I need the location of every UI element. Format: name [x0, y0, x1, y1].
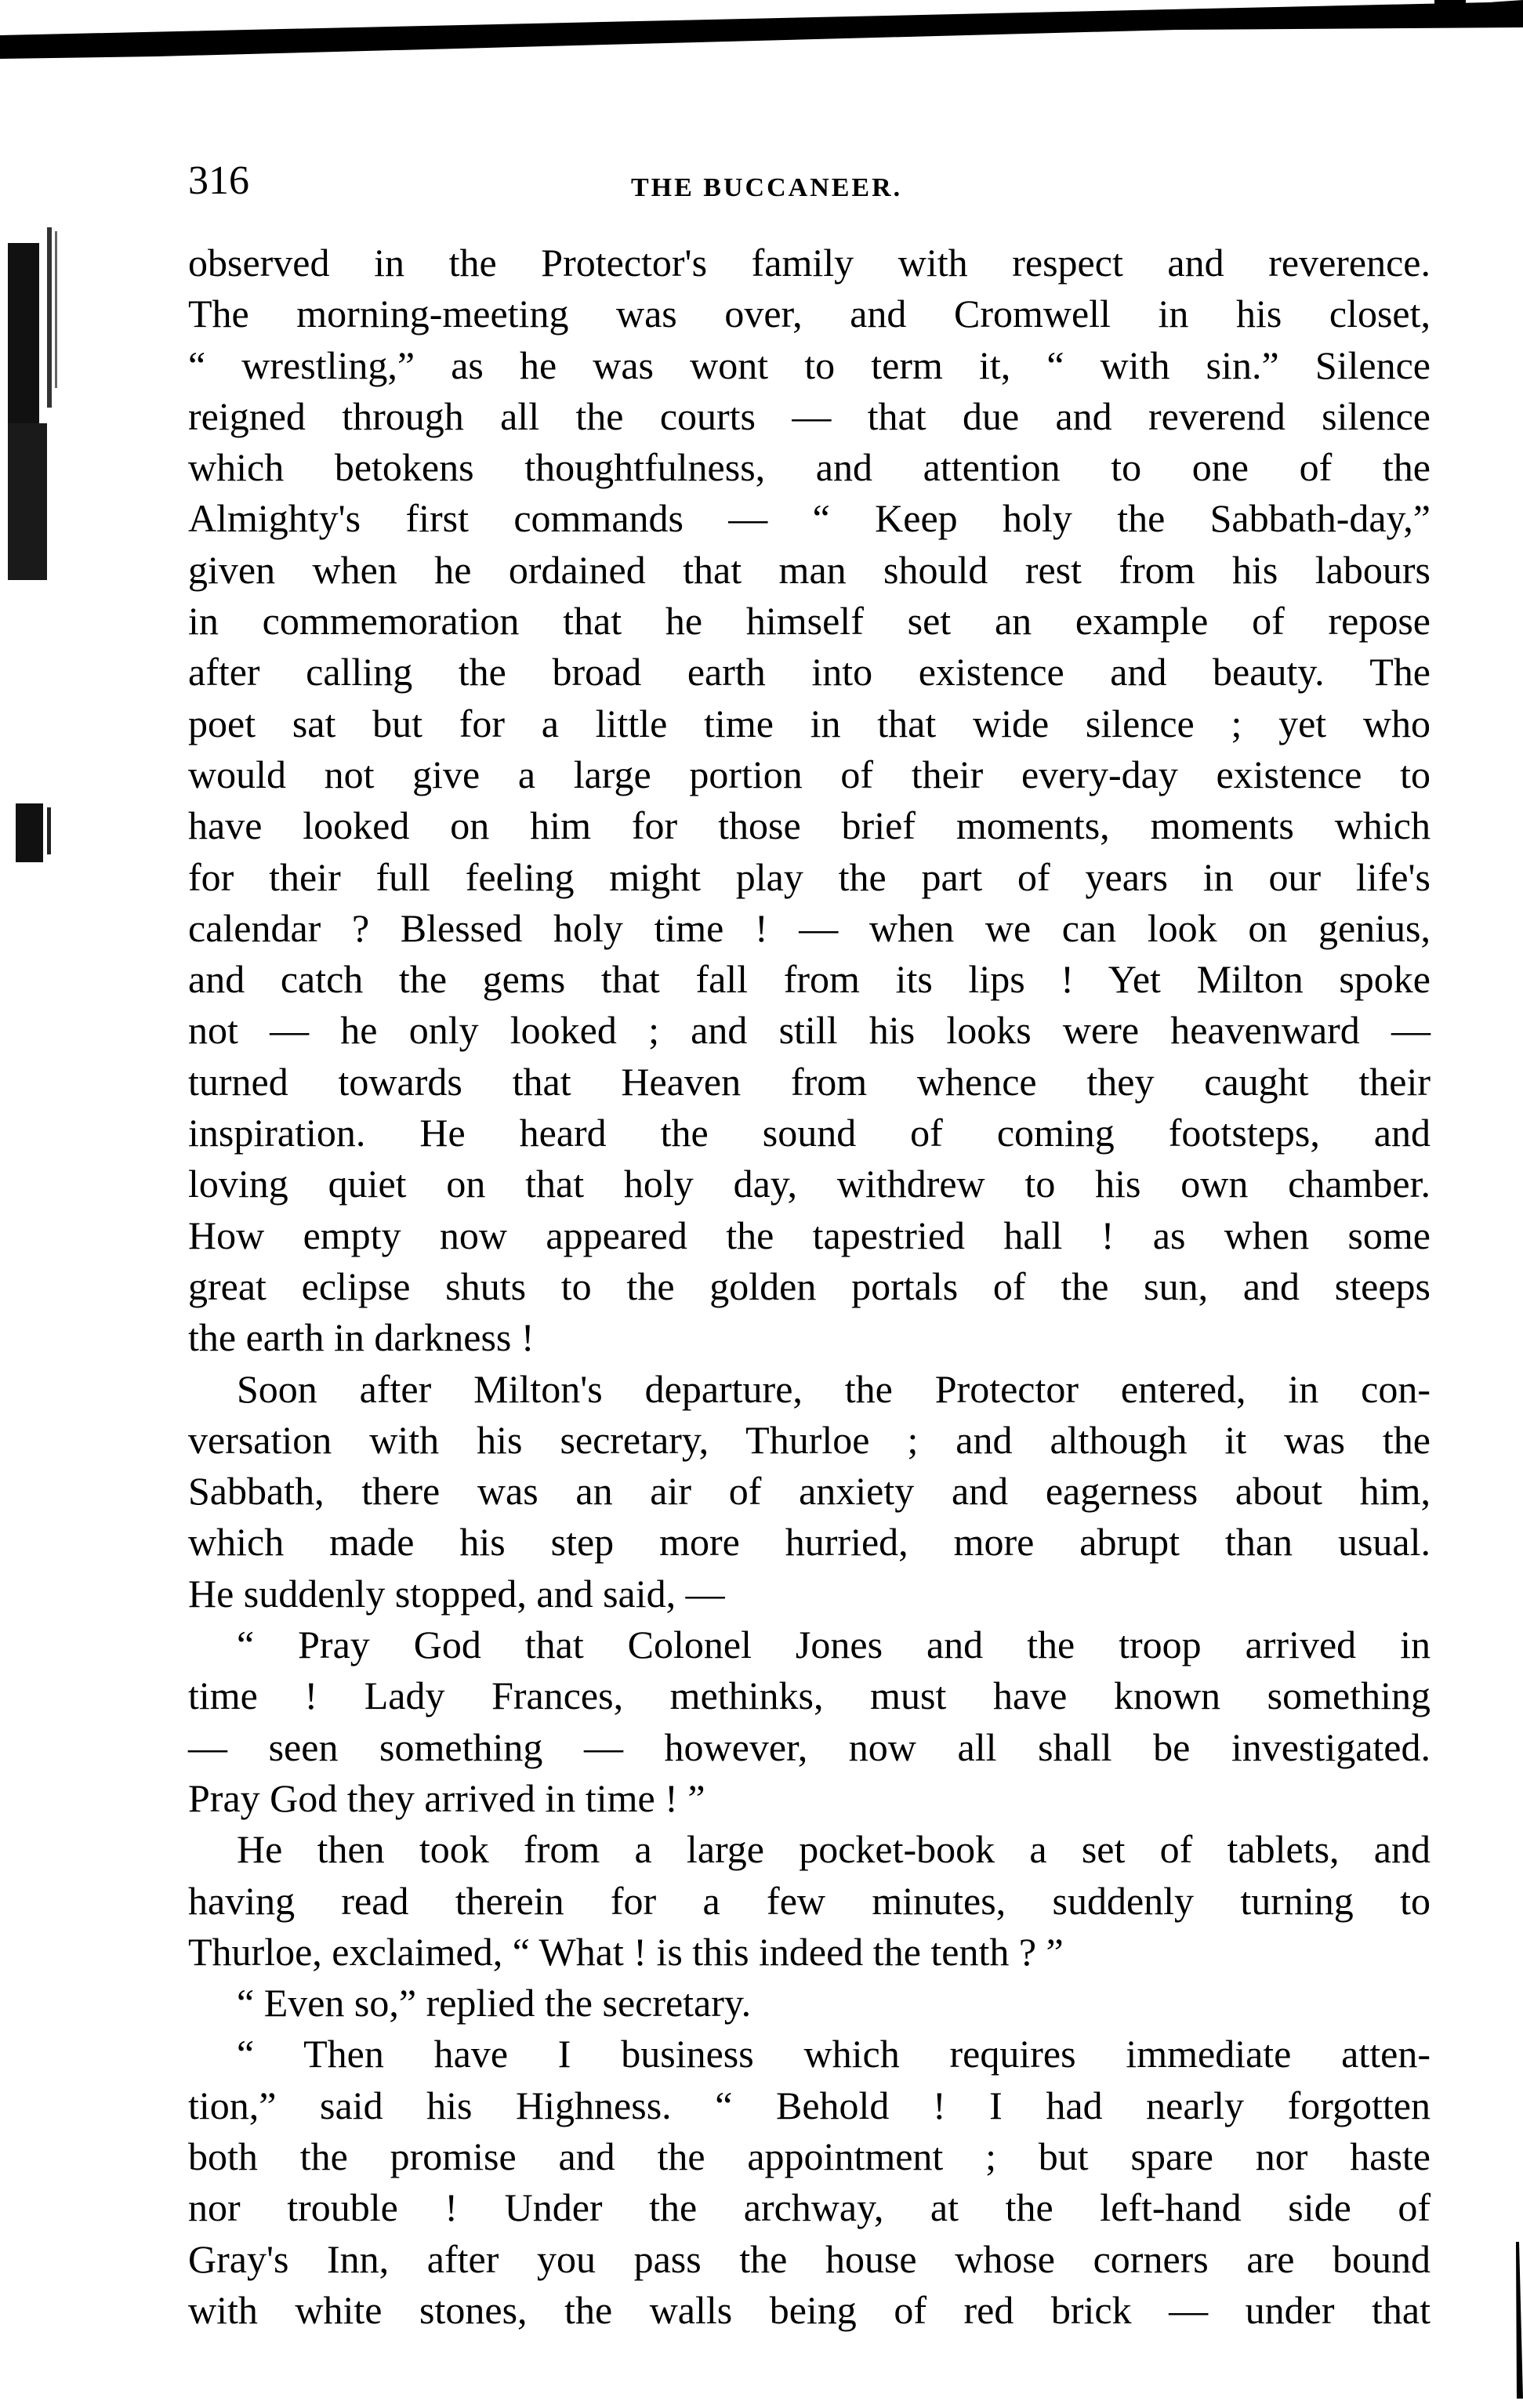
text-line: “ Pray God that Colonel Jones and the tr…: [188, 1619, 1431, 1670]
text-line: which made his step more hurried, more a…: [188, 1517, 1431, 1568]
text-line: How empty now appeared the tapestried ha…: [188, 1210, 1431, 1261]
text-line: great eclipse shuts to the golden portal…: [188, 1261, 1431, 1312]
text-line: after calling the broad earth into exist…: [188, 647, 1431, 698]
text-line: Pray God they arrived in time ! ”: [188, 1773, 1431, 1824]
text-line: He then took from a large pocket-book a …: [188, 1824, 1431, 1875]
text-line: turned towards that Heaven from whence t…: [188, 1057, 1431, 1108]
text-line: given when he ordained that man should r…: [188, 545, 1431, 596]
text-line: “ Then have I business which requires im…: [188, 2029, 1431, 2080]
book-page: 316 THE BUCCANEER. observed in the Prote…: [188, 161, 1431, 216]
text-line: Soon after Milton's departure, the Prote…: [188, 1364, 1431, 1415]
text-line: tion,” said his Highness. “ Behold ! I h…: [188, 2080, 1431, 2131]
running-head: 316 THE BUCCANEER.: [188, 161, 1431, 216]
scan-edge-shadow-top: [0, 0, 1523, 63]
text-line: time ! Lady Frances, methinks, must have…: [188, 1670, 1431, 1721]
text-line: have looked on him for those brief momen…: [188, 800, 1431, 851]
text-line: and catch the gems that fall from its li…: [188, 954, 1431, 1005]
scan-edge-marks-left: [0, 212, 63, 995]
running-title: THE BUCCANEER.: [631, 175, 902, 201]
text-line: poet sat but for a little time in that w…: [188, 698, 1431, 749]
text-line: Sabbath, there was an air of anxiety and…: [188, 1466, 1431, 1517]
scan-edge-mark-right: [1513, 2242, 1523, 2399]
text-line: would not give a large portion of their …: [188, 749, 1431, 800]
text-line: which betokens thoughtfulness, and atten…: [188, 442, 1431, 493]
text-line: calendar ? Blessed holy time ! — when we…: [188, 903, 1431, 954]
text-line: observed in the Protector's family with …: [188, 238, 1431, 288]
text-line: versation with his secretary, Thurloe ; …: [188, 1415, 1431, 1466]
text-line: He suddenly stopped, and said, —: [188, 1568, 1431, 1619]
text-line: The morning-meeting was over, and Cromwe…: [188, 288, 1431, 339]
text-line: with white stones, the walls being of re…: [188, 2285, 1431, 2336]
text-line: Gray's Inn, after you pass the house who…: [188, 2234, 1431, 2285]
text-line: having read therein for a few minutes, s…: [188, 1876, 1431, 1927]
text-line: “ wrestling,” as he was wont to term it,…: [188, 340, 1431, 391]
text-line: “ Even so,” replied the secretary.: [188, 1978, 1431, 2029]
text-line: both the promise and the appointment ; b…: [188, 2131, 1431, 2182]
text-line: — seen something — however, now all shal…: [188, 1722, 1431, 1773]
text-line: for their full feeling might play the pa…: [188, 852, 1431, 903]
body-text: observed in the Protector's family with …: [188, 238, 1431, 2336]
text-line: reigned through all the courts — that du…: [188, 391, 1431, 442]
text-line: not — he only looked ; and still his loo…: [188, 1005, 1431, 1056]
text-line: in commemoration that he himself set an …: [188, 596, 1431, 647]
text-line: inspiration. He heard the sound of comin…: [188, 1108, 1431, 1159]
text-line: loving quiet on that holy day, withdrew …: [188, 1159, 1431, 1209]
text-line: the earth in darkness !: [188, 1312, 1431, 1363]
text-line: nor trouble ! Under the archway, at the …: [188, 2182, 1431, 2233]
text-line: Thurloe, exclaimed, “ What ! is this ind…: [188, 1927, 1431, 1978]
text-line: Almighty's first commands — “ Keep holy …: [188, 493, 1431, 544]
page-number: 316: [188, 161, 249, 201]
